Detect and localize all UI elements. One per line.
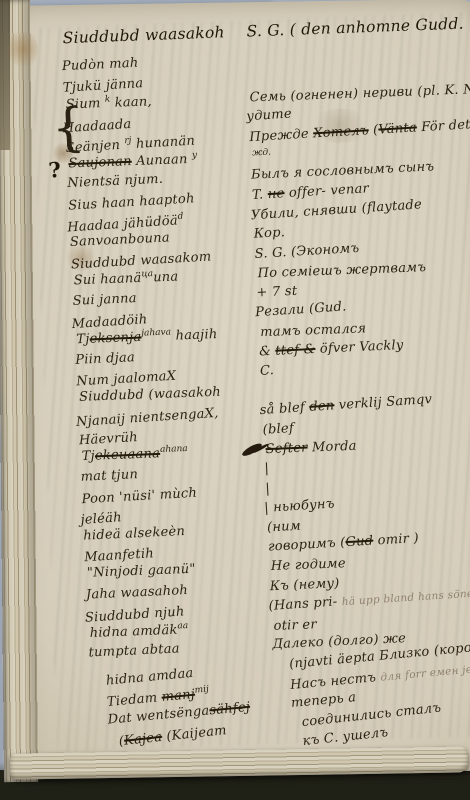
handwritten-text: Pudòn mah <box>62 55 139 73</box>
gloss-translation: Sefter Morda <box>265 440 357 458</box>
interlinear-note: jahava <box>141 327 171 338</box>
struck-word: не <box>267 186 285 202</box>
gloss-translation: Къ (нему) <box>269 576 339 594</box>
handwritten-text: så blef <box>259 400 310 418</box>
handwritten-text: | <box>265 481 270 496</box>
handwritten-text: hunanän <box>131 134 195 153</box>
handwritten-text: kaan, <box>110 94 152 111</box>
interlinear-note: y <box>192 150 197 160</box>
handwritten-text: Не годиме <box>271 556 346 574</box>
handwritten-text: + 7 st <box>256 283 297 300</box>
handwritten-text: удите <box>246 107 292 125</box>
handwritten-text: Кор. <box>253 225 285 241</box>
handwritten-text: Jaha waasahoh <box>86 583 189 603</box>
gloss-translation: удите <box>246 107 292 125</box>
margin-question-mark: ? <box>48 157 62 183</box>
gloss-translation: жд. <box>252 147 271 164</box>
interlinear-note: mij <box>194 684 209 695</box>
struck-word: sähfej <box>209 700 251 719</box>
struck-word: Kajea <box>123 730 163 749</box>
handwritten-text: Tiedam <box>106 690 162 710</box>
struck-word: Vänta <box>378 121 417 138</box>
gloss-translation: Кор. <box>253 225 285 241</box>
interlinear-note: жд. <box>252 147 271 158</box>
handwritten-text: För detta) <box>416 117 470 136</box>
handwritten-text: Къ (нему) <box>269 576 339 594</box>
struck-word: manj <box>161 687 196 705</box>
struck-word: eksenja <box>89 330 141 347</box>
photo-of-manuscript-page: { ? Siuddubd waasakohS. G. ( den anhomne… <box>0 0 470 800</box>
handwritten-text: Sium <box>65 96 105 112</box>
gloss-translation: (ним <box>267 519 301 536</box>
handwritten-text: говоримъ ( <box>268 536 346 555</box>
handwritten-text: haajih <box>171 327 218 344</box>
struck-word: ttef & <box>275 341 316 358</box>
handwritten-text: Tj <box>81 449 95 464</box>
handwritten-text: Прежде <box>249 127 314 146</box>
struck-word: Gud <box>345 534 374 551</box>
handwritten-text: "Ninjodi gaanü" <box>87 562 196 581</box>
manuscript-lines: Siuddubd waasakohS. G. ( den anhomne Gud… <box>60 12 470 737</box>
handwritten-text: otir er <box>273 617 317 634</box>
handwritten-text: По семіешъ жертвамъ <box>257 261 426 282</box>
interlinear-note: ца <box>141 269 153 279</box>
struck-word: Sefter <box>265 441 308 458</box>
handwritten-text: mat tjun <box>80 467 138 485</box>
handwritten-text: una <box>153 270 179 286</box>
handwritten-text: tumpta abtaa <box>88 642 180 661</box>
cover-edge <box>0 0 10 150</box>
native-term: Pudòn mah <box>62 51 237 74</box>
handwritten-text: C. <box>260 363 275 379</box>
handwritten-text: Piin djaa <box>75 350 135 368</box>
handwritten-text: jeléäh <box>80 511 122 529</box>
handwritten-text: (Hans pri- <box>268 594 342 614</box>
struck-word: Хотелъ <box>313 123 369 141</box>
handwritten-text: (ним <box>267 519 301 536</box>
gloss-translation: тамъ остался <box>260 322 366 341</box>
handwritten-text: тамъ остался <box>260 322 366 341</box>
handwritten-text: Haadaada <box>62 117 132 136</box>
gloss-translation: | <box>265 481 270 496</box>
gloss-translation: (blef <box>262 421 294 438</box>
handwritten-text: Sui janna <box>72 291 137 309</box>
handwritten-text: Nientsä njum. <box>67 172 163 191</box>
gloss-translation: otir er <box>273 617 317 634</box>
interlinear-note: aa <box>177 621 188 631</box>
handwritten-text: hidna amdäk <box>89 623 177 641</box>
handwritten-text: & <box>259 343 276 359</box>
handwritten-text: Sui haanä <box>73 271 141 288</box>
struck-word: Saujonan <box>68 154 132 171</box>
interlinear-note: ahana <box>160 444 188 455</box>
gloss-translation: Не годиме <box>271 556 346 574</box>
struck-word: den <box>309 399 335 416</box>
handwritten-text: отir ) <box>373 531 419 549</box>
handwritten-text: Aunaan <box>132 151 193 168</box>
gloss-translation: C. <box>260 363 275 379</box>
handwritten-text: T. <box>252 187 269 203</box>
gloss-translation: + 7 st <box>256 283 297 300</box>
struck-word: ekeuaana <box>95 447 161 464</box>
gloss-translation: | <box>264 461 269 476</box>
handwritten-text: Morda <box>307 440 357 457</box>
handwritten-text: Tj <box>76 332 90 347</box>
handwritten-text: (blef <box>262 421 294 438</box>
handwritten-text: | <box>264 461 269 476</box>
interlinear-note: d <box>177 212 183 222</box>
handwritten-text: | ньюбунъ <box>264 497 335 517</box>
gloss-translation: | ньюбунъ <box>264 497 335 517</box>
handwritten-text: hidna amdaa <box>105 666 194 689</box>
manuscript-page: { ? Siuddubd waasakohS. G. ( den anhomne… <box>8 0 470 778</box>
gloss-translation: По семіешъ жертвамъ <box>257 261 426 282</box>
